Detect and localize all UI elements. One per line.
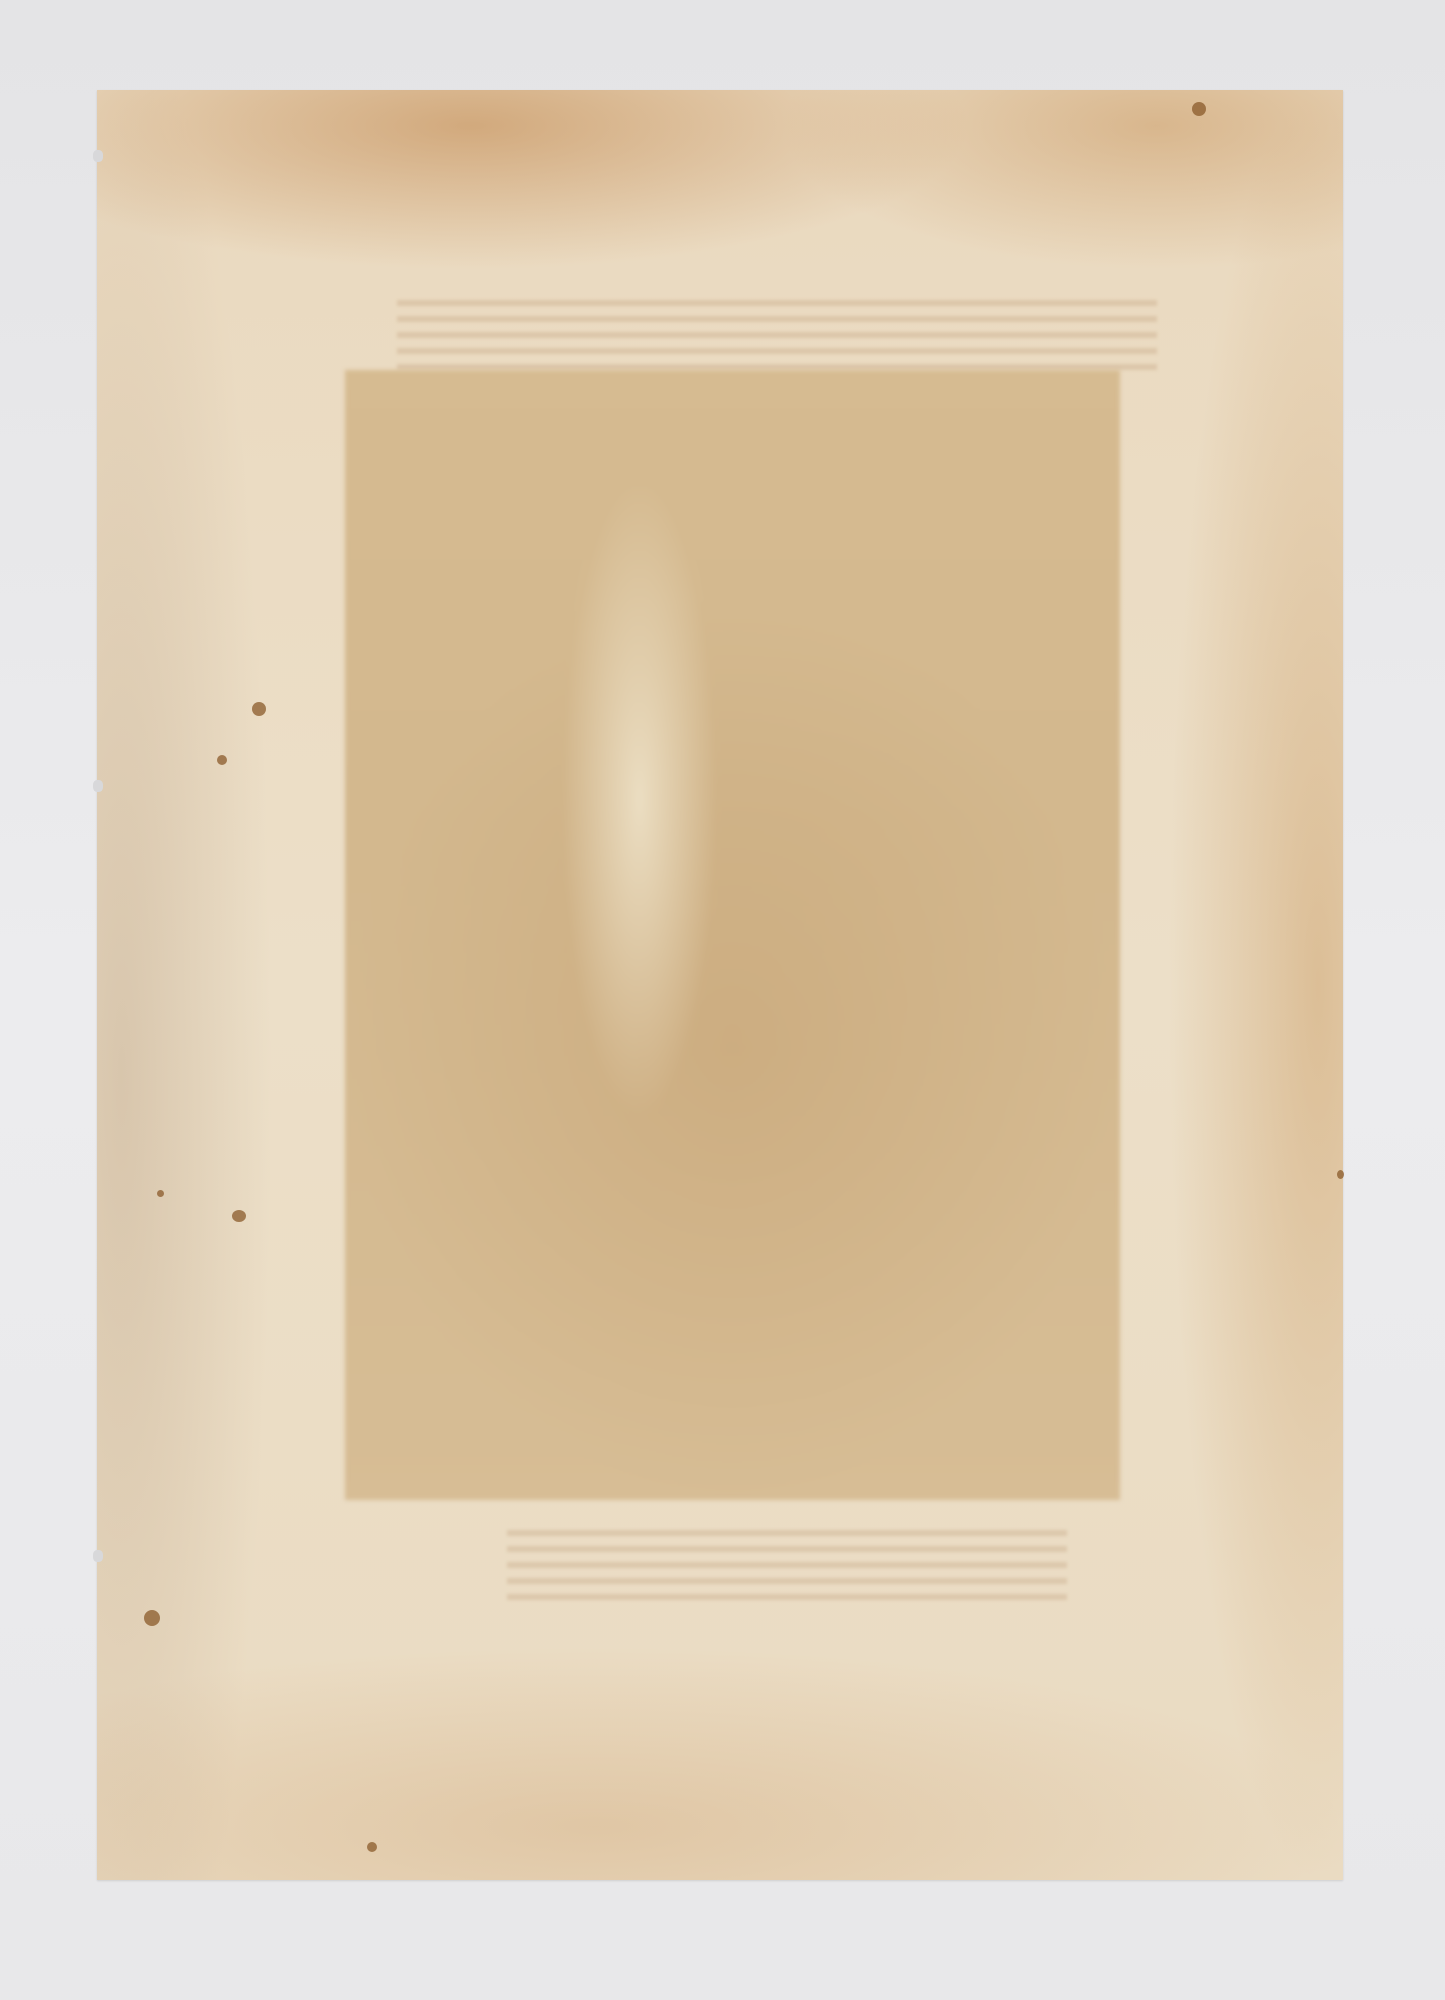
foxing-spot xyxy=(1337,1170,1344,1179)
offset-illustration-stain xyxy=(345,370,1120,1500)
foxing-spot xyxy=(1192,102,1206,116)
foxing-spot xyxy=(217,755,227,765)
faint-caption-offset xyxy=(507,1530,1067,1600)
edge-notch xyxy=(93,150,103,162)
foxing-spot xyxy=(232,1210,246,1222)
edge-notch xyxy=(93,1550,103,1562)
faint-heading-offset xyxy=(397,300,1157,370)
foxing-spot xyxy=(367,1842,377,1852)
foxing-spot xyxy=(157,1190,164,1197)
foxing-spot xyxy=(144,1610,160,1626)
foxing-spot xyxy=(252,702,266,716)
edge-notch xyxy=(93,780,103,792)
